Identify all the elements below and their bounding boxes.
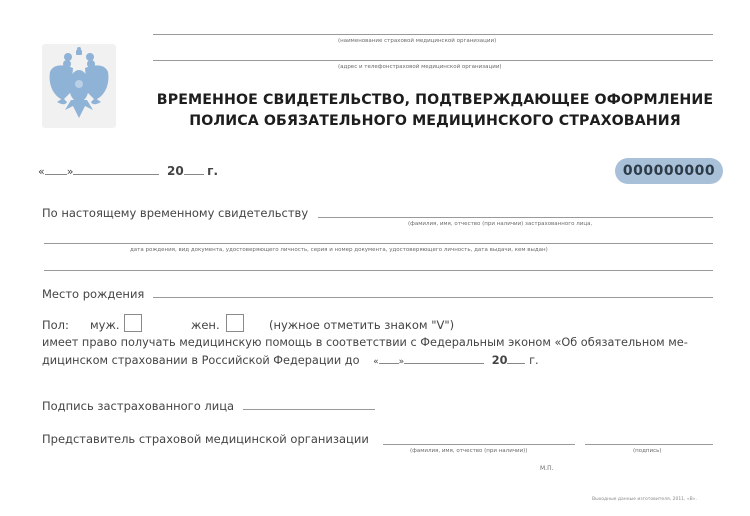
org-name-line[interactable]: [153, 34, 713, 35]
certificate-number-badge: 000000000: [615, 158, 723, 184]
org-address-caption: (адрес и телефонстраховой медицинской ор…: [338, 64, 502, 70]
issue-date-close-quote: »: [67, 165, 74, 178]
insured-signature-line[interactable]: [243, 409, 375, 410]
document-title-line-2: ПОЛИСА ОБЯЗАТЕЛЬНОГО МЕДИЦИНСКОГО СТРАХО…: [130, 113, 740, 129]
stamp-label: М.П.: [540, 465, 554, 472]
issue-year-prefix: 20: [167, 164, 184, 178]
valid-month-field[interactable]: [404, 353, 484, 364]
valid-year-suffix: г.: [529, 354, 539, 367]
document-details-line-2[interactable]: [44, 270, 713, 271]
male-label: муж.: [90, 318, 120, 332]
printer-note: Выходные данные изготовителя, 2011, «В».: [592, 497, 697, 502]
valid-year-prefix: 20: [492, 354, 508, 367]
issue-date-open-quote: «: [38, 165, 45, 178]
representative-fio-caption: (фамилия, имя, отчество (при наличии)): [410, 448, 527, 454]
issue-year-field[interactable]: [184, 164, 204, 175]
representative-label: Представитель страховой медицинской орга…: [42, 432, 369, 446]
issue-date: «» 20 г.: [38, 164, 218, 178]
rights-text-line-2-text: дицинском страховании в Российской Федер…: [42, 354, 360, 367]
issue-year-suffix: г.: [207, 164, 218, 178]
fio-caption: (фамилия, имя, отчество (при наличии) за…: [408, 221, 592, 227]
gender-label: Пол:: [42, 318, 69, 332]
female-label: жен.: [191, 318, 220, 332]
birthplace-label: Место рождения: [42, 287, 144, 301]
coat-of-arms-icon: [45, 44, 113, 126]
valid-day-field[interactable]: [379, 353, 399, 364]
insured-signature-label: Подпись застрахованного лица: [42, 399, 234, 413]
representative-fio-line[interactable]: [383, 444, 575, 445]
female-checkbox[interactable]: [226, 314, 244, 332]
intro-label: По настоящему временному свидетельству: [42, 206, 308, 220]
issue-day-field[interactable]: [45, 164, 67, 175]
birthplace-line[interactable]: [153, 297, 713, 298]
rights-text-line-1: имеет право получать медицинскую помощь …: [42, 336, 688, 349]
document-title-line-1: ВРЕМЕННОЕ СВИДЕТЕЛЬСТВО, ПОДТВЕРЖДАЮЩЕЕ …: [130, 92, 740, 108]
male-checkbox[interactable]: [124, 314, 142, 332]
fio-line[interactable]: [318, 217, 713, 218]
document-details-line[interactable]: [44, 243, 713, 244]
representative-signature-line[interactable]: [585, 444, 713, 445]
org-name-caption: (наименование страховой медицинской орга…: [338, 38, 496, 44]
issue-month-field[interactable]: [73, 164, 159, 175]
rights-text-line-2: дицинском страховании в Российской Федер…: [42, 353, 539, 367]
gender-note: (нужное отметить знаком "V"): [269, 318, 454, 332]
valid-year-field[interactable]: [507, 353, 525, 364]
document-details-caption: дата рождения, вид документа, удостоверя…: [130, 247, 548, 253]
representative-signature-caption: (подпись): [633, 448, 662, 454]
org-address-line[interactable]: [153, 60, 713, 61]
